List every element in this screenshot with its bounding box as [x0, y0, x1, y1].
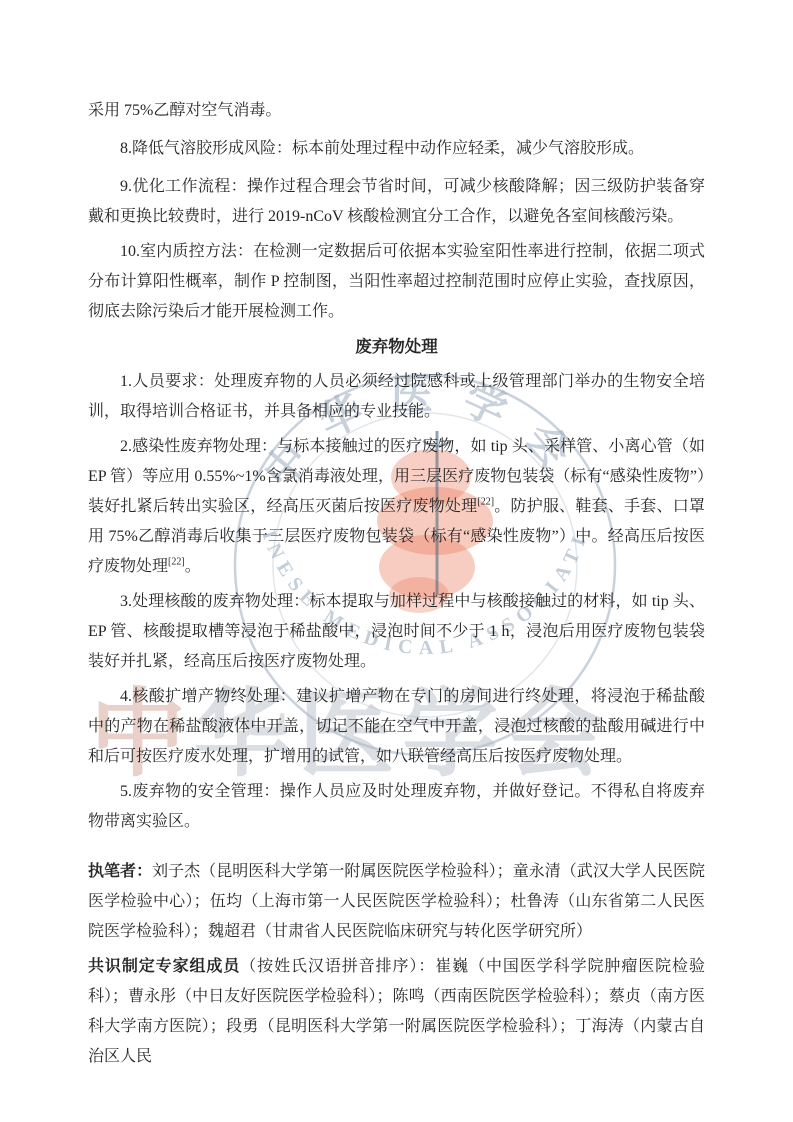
authors-label: 执笔者： [88, 863, 152, 880]
waste-paragraph-2: 2.感染性废弃物处理：与标本接触过的医疗废物，如 tip 头、采样管、小离心管（… [88, 432, 705, 582]
paragraph-9: 9.优化工作流程：操作过程合理会节省时间，可减少核酸降解；因三级防护装备穿戴和更… [88, 172, 705, 232]
experts-paragraph: 共识制定专家组成员（按姓氏汉语拼音排序）：崔巍（中国医学科学院肿瘤医院检验科）；… [88, 952, 705, 1072]
authors-list: 刘子杰（昆明医科大学第一附属医院医学检验科）；童永清（武汉大学人民医院医学检验中… [88, 863, 705, 940]
authors-paragraph: 执笔者：刘子杰（昆明医科大学第一附属医院医学检验科）；童永清（武汉大学人民医院医… [88, 857, 705, 947]
document-content: 采用 75%乙醇对空气消毒。 8.降低气溶胶形成风险：标本前处理过程中动作应轻柔… [0, 0, 793, 1072]
waste-paragraph-3: 3.处理核酸的废弃物处理：标本提取与加样过程中与核酸接触过的材料，如 tip 头… [88, 587, 705, 677]
waste-paragraph-5: 5.废弃物的安全管理：操作人员应及时处理废弃物，并做好登记。不得私自将废弃物带离… [88, 777, 705, 837]
citation-ref-22: [22] [477, 497, 494, 508]
experts-label: 共识制定专家组成员 [88, 958, 240, 975]
citation-ref-22: [22] [168, 557, 185, 568]
waste-paragraph-1: 1.人员要求：处理废弃物的人员必须经过院感科或上级管理部门举办的生物安全培训，取… [88, 367, 705, 427]
paragraph-10: 10.室内质控方法：在检测一定数据后可依据本实验室阳性率进行控制，依据二项式分布… [88, 237, 705, 327]
waste-paragraph-2-text: 。 [185, 558, 201, 575]
paragraph-continuation: 采用 75%乙醇对空气消毒。 [88, 96, 705, 126]
paragraph-8: 8.降低气溶胶形成风险：标本前处理过程中动作应轻柔，减少气溶胶形成。 [88, 134, 705, 164]
section-title-waste-disposal: 废弃物处理 [88, 332, 705, 362]
waste-paragraph-4: 4.核酸扩增产物终处理：建议扩增产物在专门的房间进行终处理，将浸泡于稀盐酸中的产… [88, 682, 705, 772]
document-page: 中华医学会 CHINESE MEDICAL ASSOCIATION 中华医学会 … [0, 0, 793, 1122]
